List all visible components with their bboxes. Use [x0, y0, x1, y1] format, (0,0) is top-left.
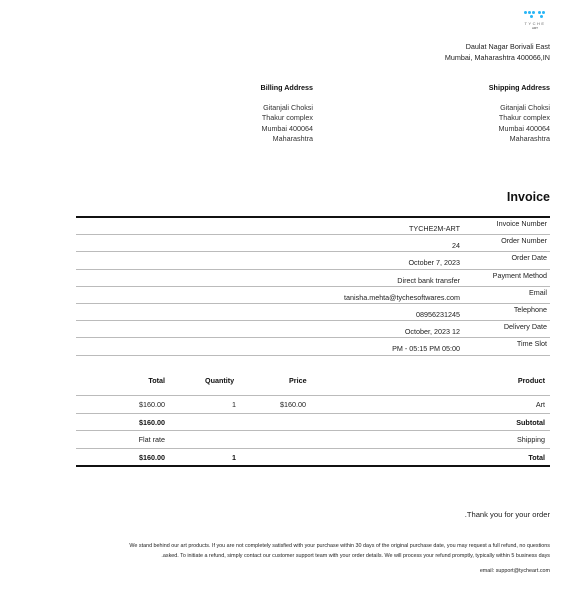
- subtotal-row: $160.00 Subtotal: [76, 414, 550, 432]
- billing-line2: Mumbai 400064: [261, 124, 313, 135]
- meta-row-order-number: 24 Order Number: [76, 235, 550, 252]
- meta-row-time-slot: PM - 05:15 PM 05:00 Time Slot: [76, 338, 550, 355]
- items-header-row: Total Quantity Price Product: [76, 371, 550, 396]
- billing-state: Maharashtra: [261, 134, 313, 145]
- order-items-table: Total Quantity Price Product $160.00 1 $…: [76, 371, 550, 467]
- item-product: Art: [536, 400, 545, 409]
- logo-sub-text: ART: [531, 26, 539, 30]
- refund-policy: We stand behind our art products. If you…: [70, 541, 550, 561]
- meta-label: Telephone: [514, 305, 547, 314]
- shipping-row: Flat rate Shipping: [76, 431, 550, 449]
- meta-row-delivery-date: October, 2023 12 Delivery Date: [76, 321, 550, 338]
- meta-label: Invoice Number: [497, 219, 547, 228]
- billing-name: Gitanjali Choksi: [261, 103, 313, 114]
- total-quantity: 1: [232, 453, 236, 462]
- shipping-name: Gitanjali Choksi: [489, 103, 550, 114]
- store-address-line2: Mumbai, Maharashtra 400066,IN: [445, 52, 550, 63]
- header-price: Price: [289, 376, 307, 385]
- billing-line1: Thakur complex: [261, 113, 313, 124]
- meta-value: TYCHE2M-ART: [409, 224, 460, 233]
- item-total: $160.00: [139, 400, 165, 409]
- meta-row-email: tanisha.mehta@tychesoftwares.com Email: [76, 287, 550, 304]
- meta-label: Payment Method: [493, 271, 547, 280]
- table-row: $160.00 1 $160.00 Art: [76, 396, 550, 414]
- header-total: Total: [148, 376, 165, 385]
- shipping-label: Shipping: [517, 435, 545, 444]
- shipping-line2: Mumbai 400064: [489, 124, 550, 135]
- refund-policy-line2: .asked. To initiate a refund, simply con…: [70, 551, 550, 561]
- meta-value: PM - 05:15 PM 05:00: [392, 344, 460, 353]
- shipping-address: Shipping Address Gitanjali Choksi Thakur…: [489, 83, 550, 145]
- meta-label: Time Slot: [517, 339, 547, 348]
- meta-row-invoice-number: TYCHE2M-ART Invoice Number: [76, 218, 550, 235]
- meta-value: 24: [452, 241, 460, 250]
- meta-label: Order Date: [511, 253, 547, 262]
- meta-label: Delivery Date: [504, 322, 547, 331]
- total-row: $160.00 1 Total: [76, 449, 550, 468]
- shipping-value: Flat rate: [139, 435, 165, 444]
- meta-label: Order Number: [501, 236, 547, 245]
- item-quantity: 1: [232, 400, 236, 409]
- shipping-state: Maharashtra: [489, 134, 550, 145]
- item-price: $160.00: [280, 400, 306, 409]
- header-quantity: Quantity: [205, 376, 234, 385]
- invoice-title: Invoice: [507, 190, 550, 204]
- store-address: Daulat Nagar Borivali East Mumbai, Mahar…: [445, 41, 550, 63]
- meta-value: 08956231245: [416, 310, 460, 319]
- meta-row-order-date: October 7, 2023 Order Date: [76, 252, 550, 269]
- shipping-heading: Shipping Address: [489, 83, 550, 94]
- meta-value: tanisha.mehta@tychesoftwares.com: [344, 293, 460, 302]
- store-address-line1: Daulat Nagar Borivali East: [445, 41, 550, 52]
- meta-value: Direct bank transfer: [397, 276, 460, 285]
- total-value: $160.00: [139, 453, 165, 462]
- logo-dots-icon: [521, 10, 549, 20]
- header-product: Product: [518, 376, 545, 385]
- subtotal-value: $160.00: [139, 418, 165, 427]
- refund-policy-line1: We stand behind our art products. If you…: [70, 541, 550, 551]
- meta-value: October 7, 2023: [408, 258, 460, 267]
- meta-label: Email: [529, 288, 547, 297]
- thank-you-message: .Thank you for your order: [465, 510, 550, 519]
- billing-address: Billing Address Gitanjali Choksi Thakur …: [261, 83, 313, 145]
- shipping-line1: Thakur complex: [489, 113, 550, 124]
- meta-row-telephone: 08956231245 Telephone: [76, 304, 550, 321]
- support-email: email: support@tycheart.com: [480, 568, 550, 574]
- meta-row-payment-method: Direct bank transfer Payment Method: [76, 270, 550, 287]
- billing-heading: Billing Address: [261, 83, 313, 94]
- total-label: Total: [528, 453, 545, 462]
- subtotal-label: Subtotal: [516, 418, 545, 427]
- meta-value: October, 2023 12: [405, 327, 460, 336]
- company-logo: TYCHE ART: [521, 10, 549, 32]
- invoice-meta-table: TYCHE2M-ART Invoice Number 24 Order Numb…: [76, 216, 550, 356]
